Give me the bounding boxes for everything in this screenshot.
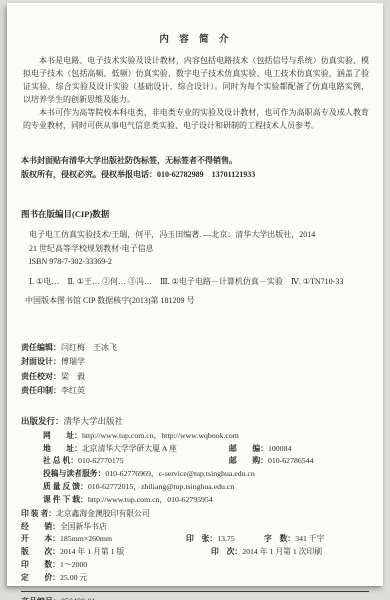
impression-cell: 印 次：2014 年 1 月第 1 次印刷 <box>211 546 322 559</box>
cip-block: 电子电工仿真实验技术/王瑞，何平，冯玉田编著. —北京：清华大学出版社，2014… <box>21 228 371 308</box>
sheets-value: 13.75 <box>217 534 235 543</box>
cip-title-line: 电子电工仿真实验技术/王瑞，何平，冯玉田编著. —北京：清华大学出版社，2014 <box>29 228 371 242</box>
printer-label: 印 装 者： <box>21 509 56 518</box>
staff-row-proof: 责任校对：梁 毅 <box>21 370 371 385</box>
edition-value: 2014 年 1 月第 1 版 <box>60 547 124 556</box>
quality-feedback-label: 质 量 反 馈： <box>43 482 88 491</box>
book-colophon-page: { "intro": { "title": "内 容 简 介", "para1"… <box>0 0 390 600</box>
distributor-label: 经 销： <box>21 522 60 531</box>
website-row: 网 址：http://www.tup.com.cn，http://www.wqb… <box>43 430 371 443</box>
publisher-line: 出版发行：清华大学出版社 <box>21 415 371 427</box>
staff-label: 封面设计： <box>21 357 61 366</box>
printer-row: 印 装 者：北京鑫海金澳胶印有限公司 <box>21 508 371 521</box>
staff-label: 责任编辑： <box>21 343 61 352</box>
reader-service-row: 投稿与读者服务：010-62776969，c-service@tup.tsing… <box>43 468 371 481</box>
zipcode-label: 邮 编： <box>229 444 268 453</box>
website-label: 网 址： <box>43 431 82 440</box>
page-content: 内 容 简 介 本书是电路、电子技术实验及设计教材，内容包括电路技术（包括信号与… <box>21 3 371 600</box>
product-number-line: 产品编号：050408-01 <box>21 596 371 600</box>
isbn-line: ISBN 978-7-302-33369-2 <box>29 255 371 269</box>
cip-heading: 图书在版编目(CIP)数据 <box>21 208 371 220</box>
wordcount-cell: 字 数：341 千字 <box>264 533 324 546</box>
staff-block: 责任编辑：闫红梅 王冰飞 封面设计：傅瑞学 责任校对：梁 毅 责任印制：李红英 <box>21 341 371 399</box>
wordcount-label: 字 数： <box>264 534 295 543</box>
intro-title: 内 容 简 介 <box>21 31 371 45</box>
address-row: 地 址：北京清华大学学研大厦 A 座 邮 编：100084 <box>43 443 371 456</box>
footer-divider <box>21 591 369 592</box>
page-surface: 内 容 简 介 本书是电路、电子技术实验及设计教材，内容包括电路技术（包括信号与… <box>7 3 383 586</box>
impression-value: 2014 年 1 月第 1 次印刷 <box>242 547 322 556</box>
courseware-label: 课 件 下 载： <box>43 495 88 504</box>
printrun-row: 印 数：1～2000 <box>21 559 371 572</box>
edition-label: 版 次： <box>21 547 60 556</box>
cip-classification-line: Ⅰ. ①电… Ⅱ. ①王… ②何… ③冯… Ⅲ. ①电子电路－计算机仿真－实验 … <box>29 275 371 289</box>
staff-row-editor: 责任编辑：闫红梅 王冰飞 <box>21 341 371 356</box>
staff-label: 责任校对： <box>21 372 61 381</box>
courseware-value: http://www.tup.com.cn，010-62795954 <box>88 495 213 504</box>
contact-block: 网 址：http://www.tup.com.cn，http://www.wqb… <box>21 430 371 507</box>
intro-paragraph-1: 本书是电路、电子技术实验及设计教材，内容包括电路技术（包括信号与系统）仿真实验、… <box>23 54 369 106</box>
switchboard-phone: 010-62770175 <box>78 456 123 465</box>
courseware-row: 课 件 下 载：http://www.tup.com.cn，010-627959… <box>43 494 371 507</box>
cip-registry-line: 中国版本图书馆 CIP 数据核字(2013)第 181209 号 <box>25 294 371 308</box>
mailorder-label: 邮 购： <box>229 456 268 465</box>
price-label: 定 价： <box>21 573 60 582</box>
sheets-cell: 印 张：13.75 <box>186 533 235 546</box>
printrun-label: 印 数： <box>21 560 60 569</box>
production-block: 印 装 者：北京鑫海金澳胶印有限公司 经 销：全国新华书店 开 本：185mm×… <box>21 508 371 585</box>
mailorder-phone: 010-62786544 <box>268 456 313 465</box>
switchboard-label: 社 总 机： <box>43 456 78 465</box>
cip-series-line: 21 世纪高等学校规划教材·电子信息 <box>29 242 371 256</box>
publisher-name: 清华大学出版社 <box>64 416 124 426</box>
staff-row-print: 责任印制：李红英 <box>21 384 371 399</box>
intro-paragraph-2: 本书可作为高等院校本科电类、非电类专业的实验及设计教材，也可作为高职高专及成人教… <box>23 106 369 132</box>
staff-value: 梁 毅 <box>61 372 85 381</box>
price-row: 定 价：25.00 元 <box>21 572 371 585</box>
address-value: 北京清华大学学研大厦 A 座 <box>82 444 177 453</box>
anti-counterfeit-line: 本书封面贴有清华大学出版社防伪标签，无标签者不得销售。 <box>21 154 371 168</box>
wordcount-value: 341 千字 <box>295 534 324 543</box>
format-value: 185mm×260mm <box>60 534 112 543</box>
edition-row: 版 次：2014 年 1 月第 1 版 印 次：2014 年 1 月第 1 次印… <box>21 546 371 559</box>
printer-value: 北京鑫海金澳胶印有限公司 <box>56 509 150 518</box>
reader-service-label: 投稿与读者服务： <box>43 469 105 478</box>
website-urls: http://www.tup.com.cn，http://www.wqbook.… <box>82 431 239 440</box>
address-label: 地 址： <box>43 444 82 453</box>
staff-row-cover: 封面设计：傅瑞学 <box>21 355 371 370</box>
price-value: 25.00 元 <box>60 573 87 582</box>
zipcode-cell: 邮 编：100084 <box>229 443 291 456</box>
distributor-row: 经 销：全国新华书店 <box>21 521 371 534</box>
format-row: 开 本：185mm×260mm 印 张：13.75 字 数：341 千字 <box>21 533 371 546</box>
staff-label: 责任印制： <box>21 386 61 395</box>
staff-value: 傅瑞学 <box>61 357 85 366</box>
quality-feedback-value: 010-62772015，zhiliang@tup.tsinghua.edu.c… <box>88 482 234 491</box>
distributor-value: 全国新华书店 <box>60 522 107 531</box>
staff-value: 李红英 <box>61 386 85 395</box>
printrun-value: 1～2000 <box>60 560 87 569</box>
staff-value: 闫红梅 王冰飞 <box>61 343 117 352</box>
sheets-label: 印 张： <box>186 534 217 543</box>
publisher-label: 出版发行： <box>21 416 64 426</box>
zipcode-value: 100084 <box>268 444 291 453</box>
copyright-notice: 本书封面贴有清华大学出版社防伪标签，无标签者不得销售。 版权所有，侵权必究。侵权… <box>21 154 371 181</box>
reader-service-value: 010-62776969，c-service@tup.tsinghua.edu.… <box>105 469 254 478</box>
quality-feedback-row: 质 量 反 馈：010-62772015，zhiliang@tup.tsingh… <box>43 481 371 494</box>
impression-label: 印 次： <box>211 547 242 556</box>
mailorder-cell: 邮 购：010-62786544 <box>229 455 313 468</box>
switchboard-row: 社 总 机：010-62770175 邮 购：010-62786544 <box>43 455 371 468</box>
format-label: 开 本： <box>21 534 60 543</box>
rights-hotline-line: 版权所有，侵权必究。侵权举报电话：010-62782989 1370112193… <box>21 168 371 182</box>
